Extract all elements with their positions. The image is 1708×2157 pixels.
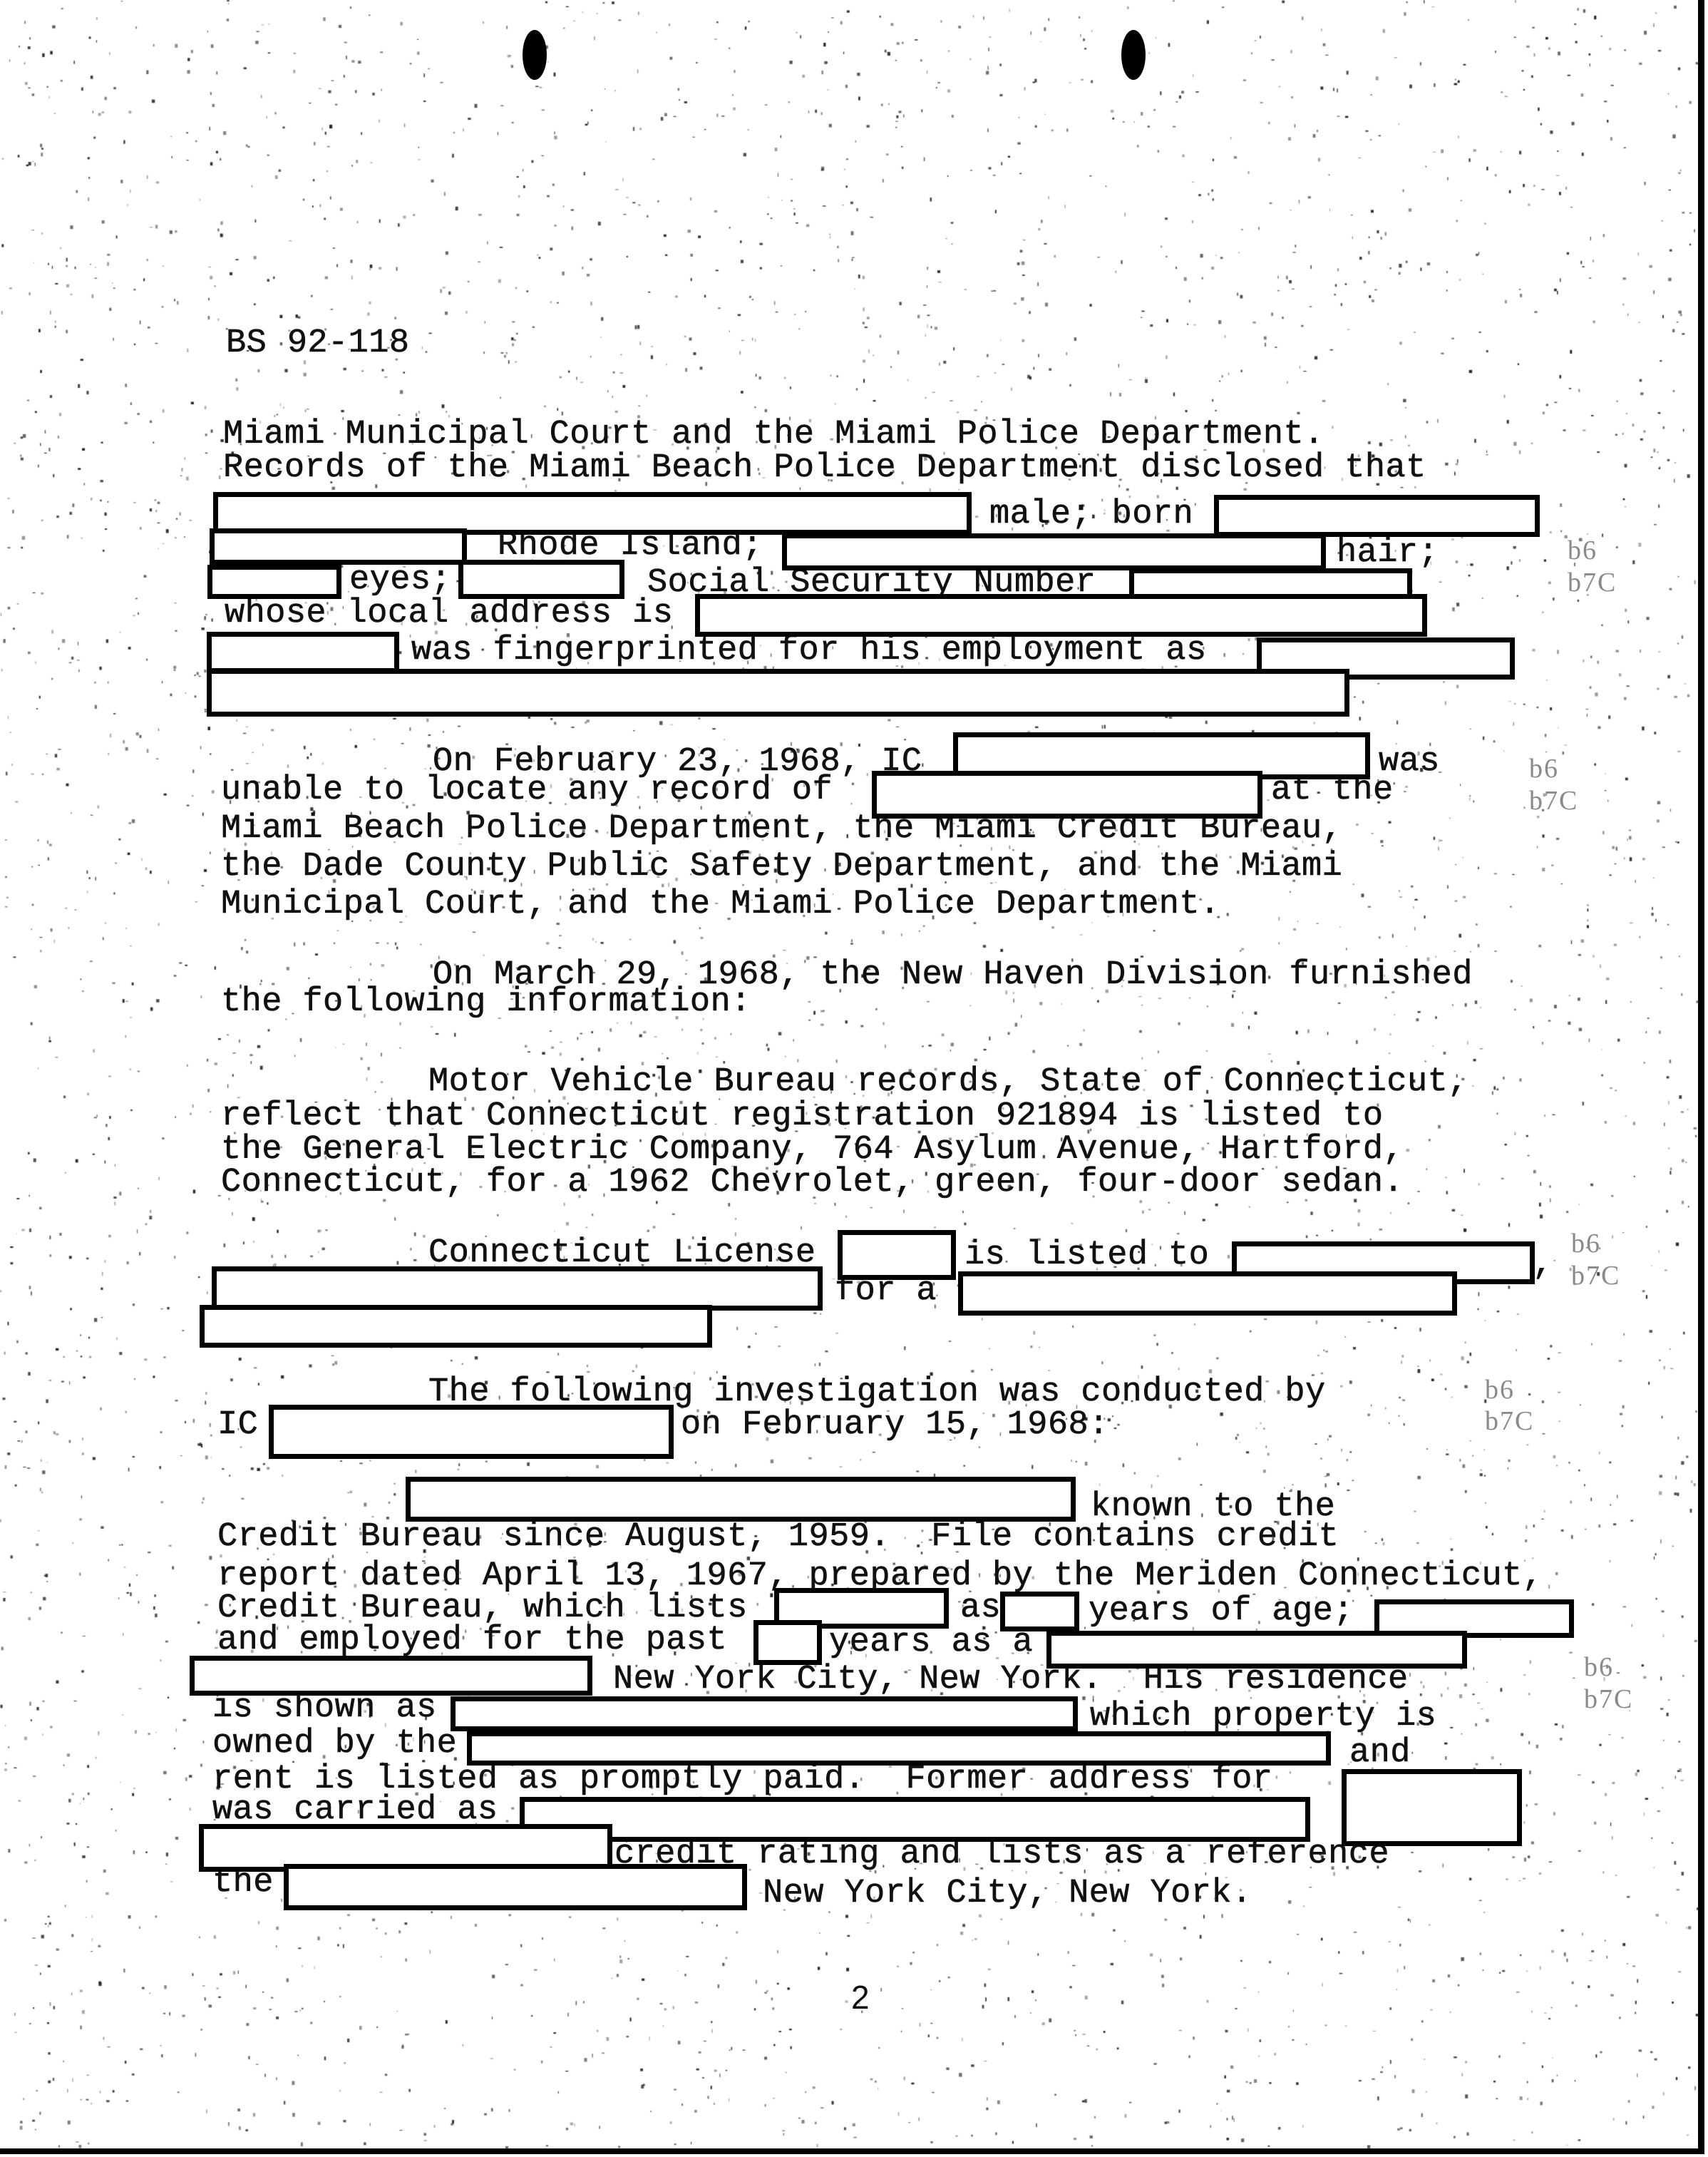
punch-hole-right [1121,30,1146,80]
redaction-box [406,1477,1076,1522]
redaction-box [1000,1592,1079,1631]
redaction-box [520,1797,1310,1842]
p5-comma: , [1533,1248,1553,1281]
p1-address-label: whose local address is [225,597,673,630]
exemption-b7c: b7C [1571,1260,1620,1291]
p6-date: on February 15, 1968: [681,1408,1109,1442]
p6-line1: The following investigation was conducte… [428,1375,1326,1409]
p2-line4: the Dade County Public Safety Department… [221,850,1342,883]
p7-line8: owned by the [212,1727,457,1761]
p7-line10: was carried as [212,1793,498,1827]
exemption-b6: b6 [1568,535,1598,566]
p4-line4: Connecticut, for a 1962 Chevrolet, green… [221,1166,1404,1199]
redaction-box [872,771,1262,819]
redaction-box [212,1266,823,1311]
redaction-box [207,565,341,599]
exemption-b7c: b7C [1485,1405,1534,1437]
p4-line1: Motor Vehicle Bureau records, State of C… [428,1065,1468,1099]
p7-line7-property: which property is [1090,1700,1436,1733]
p7-line4: Credit Bureau, which lists [217,1592,748,1625]
exemption-b7c: b7C [1584,1684,1633,1715]
p7-line4-as: as [960,1592,1001,1625]
redaction-box [695,594,1427,637]
document-page: BS 92-118 Miami Municipal Court and the … [0,0,1708,2157]
redaction-box [958,1271,1457,1316]
p4-line3: the General Electric Company, 764 Asylum… [221,1133,1404,1167]
scan-border-bottom [0,2148,1704,2154]
redaction-box [753,1620,822,1665]
p1-fingerprinted: was fingerprinted for his employment as [411,634,1207,667]
redaction-box [458,560,624,599]
exemption-b6: b6 [1584,1651,1614,1683]
redaction-box [1342,1769,1522,1846]
p5-line1: Connecticut License [428,1236,816,1270]
exemption-b6: b6 [1571,1228,1601,1259]
p1-eyes: eyes; [349,563,451,597]
redaction-box [284,1864,747,1910]
p7-line7: is shown as [212,1691,437,1725]
redaction-box [207,632,399,673]
punch-hole-left [523,30,547,80]
redaction-box [1214,495,1540,537]
exemption-b7c: b7C [1529,785,1578,816]
redaction-box [269,1405,674,1459]
exemption-b6: b6 [1485,1374,1515,1405]
p1-male-born: male; born [989,498,1193,531]
p7-line4-age: years of age; [1089,1594,1354,1628]
redaction-box [782,533,1326,570]
p1-line1: Miami Municipal Court and the Miami Poli… [223,418,1324,451]
p6-ic: IC [217,1408,258,1442]
redaction-box [207,669,1349,717]
page-number: 2 [851,1981,870,2014]
p2-line2: unable to locate any record of [221,774,833,807]
scan-border-right [1698,0,1704,2153]
redaction-box [210,528,467,565]
p7-line2: Credit Bureau since August, 1959. File c… [217,1520,1339,1554]
exemption-b7c: b7C [1568,567,1617,598]
p7-line8-and: and [1349,1736,1411,1770]
exemption-b6: b6 [1529,753,1559,784]
p1-hair: hair; [1337,536,1439,570]
redaction-box [467,1731,1331,1766]
p5-line1-listed-to: is listed to [964,1239,1209,1272]
redaction-box [451,1696,1078,1731]
p3-line2: the following information: [221,985,751,1019]
p2-line5: Municipal Court, and the Miami Police De… [221,888,1220,921]
p1-line2: Records of the Miami Beach Police Depart… [223,451,1426,485]
redaction-box [1046,1631,1467,1669]
p7-line5: and employed for the past [217,1624,727,1657]
redaction-box [190,1656,592,1696]
redaction-box [838,1230,956,1280]
p4-line2: reflect that Connecticut registration 92… [221,1100,1383,1133]
file-number: BS 92-118 [226,327,409,360]
p7-line12-nyc: New York City, New York. [763,1877,1252,1910]
redaction-box [200,1305,712,1348]
